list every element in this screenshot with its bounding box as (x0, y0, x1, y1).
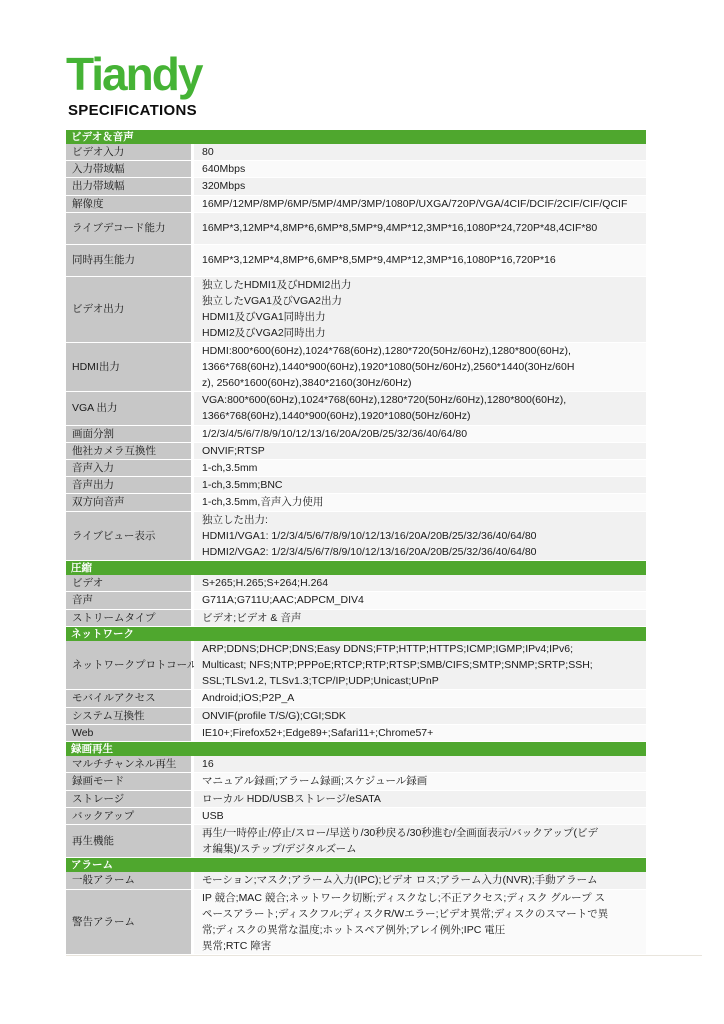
spec-value-text: 80 (202, 144, 214, 160)
spec-value: ONVIF;RTSP (194, 443, 646, 459)
spec-row: 音声出力1-ch,3.5mm;BNC (66, 477, 646, 494)
spec-row: マルチチャンネル再生16 (66, 756, 646, 773)
spec-value-text: ビデオ;ビデオ & 音声 (202, 610, 301, 626)
spec-label: モバイルアクセス (66, 690, 194, 706)
spec-label: ストリームタイプ (66, 610, 194, 626)
spec-label: 同時再生能力 (66, 245, 194, 276)
spec-label: HDMI出力 (66, 343, 194, 392)
spec-label: 画面分割 (66, 426, 194, 442)
spec-row: システム互換性ONVIF(profile T/S/G);CGI;SDK (66, 708, 646, 725)
spec-row: バックアップUSB (66, 808, 646, 825)
spec-value-text: 再生/一時停止/停止/スロー/早送り/30秒戻る/30秒進む/全画面表示/バック… (202, 825, 598, 857)
spec-table: ビデオ＆音声ビデオ入力80入力帯域幅640Mbps出力帯域幅320Mbps解像度… (66, 130, 646, 955)
spec-value: HDMI:800*600(60Hz),1024*768(60Hz),1280*7… (194, 343, 646, 392)
page-title: SPECIFICATIONS (68, 102, 724, 120)
spec-row: ビデオ出力独立したHDMI1及びHDMI2出力 独立したVGA1及びVGA2出力… (66, 277, 646, 343)
section-header: ネットワーク (66, 627, 646, 641)
spec-value: 再生/一時停止/停止/スロー/早送り/30秒戻る/30秒進む/全画面表示/バック… (194, 825, 646, 857)
spec-row: 他社カメラ互換性ONVIF;RTSP (66, 443, 646, 460)
spec-value-text: 1/2/3/4/5/6/7/8/9/10/12/13/16/20A/20B/25… (202, 426, 467, 442)
spec-value-text: ARP;DDNS;DHCP;DNS;Easy DDNS;FTP;HTTP;HTT… (202, 641, 593, 690)
spec-value-text: 640Mbps (202, 161, 245, 177)
section-header: アラーム (66, 858, 646, 872)
spec-value: Android;iOS;P2P_A (194, 690, 646, 706)
spec-label: システム互換性 (66, 708, 194, 724)
spec-row: ネットワークプロトコールARP;DDNS;DHCP;DNS;Easy DDNS;… (66, 641, 646, 691)
spec-value: モーション;マスク;アラーム入力(IPC);ビデオ ロス;アラーム入力(NVR)… (194, 872, 646, 888)
brand-logo: Tiandy (66, 54, 724, 94)
spec-label: 再生機能 (66, 825, 194, 857)
spec-value-text: 16MP*3,12MP*4,8MP*6,6MP*8,5MP*9,4MP*12,3… (202, 252, 556, 268)
spec-value-text: IP 競合;MAC 競合;ネットワーク切断;ディスクなし;不正アクセス;ディスク… (202, 890, 608, 955)
spec-row: モバイルアクセスAndroid;iOS;P2P_A (66, 690, 646, 707)
spec-row: VGA 出力VGA:800*600(60Hz),1024*768(60Hz),1… (66, 392, 646, 425)
spec-value-text: 独立した出力: HDMI1/VGA1: 1/2/3/4/5/6/7/8/9/10… (202, 512, 537, 561)
spec-label: 音声入力 (66, 460, 194, 476)
spec-row: 一般アラームモーション;マスク;アラーム入力(IPC);ビデオ ロス;アラーム入… (66, 872, 646, 889)
spec-value: 1-ch,3.5mm;BNC (194, 477, 646, 493)
spec-label: ストレージ (66, 791, 194, 807)
spec-value: 16MP/12MP/8MP/6MP/5MP/4MP/3MP/1080P/UXGA… (194, 196, 646, 212)
spec-row: 警告アラームIP 競合;MAC 競合;ネットワーク切断;ディスクなし;不正アクセ… (66, 890, 646, 956)
spec-row: ビデオ入力80 (66, 144, 646, 161)
section-header: 圧縮 (66, 561, 646, 575)
spec-label: VGA 出力 (66, 392, 194, 424)
spec-value: ビデオ;ビデオ & 音声 (194, 610, 646, 626)
spec-row: 音声入力1-ch,3.5mm (66, 460, 646, 477)
spec-label: 録画モード (66, 773, 194, 789)
spec-value: G711A;G711U;AAC;ADPCM_DIV4 (194, 592, 646, 608)
spec-label: 警告アラーム (66, 890, 194, 955)
spec-value-text: モーション;マスク;アラーム入力(IPC);ビデオ ロス;アラーム入力(NVR)… (202, 872, 598, 888)
spec-value-text: ローカル HDD/USBストレージ/eSATA (202, 791, 381, 807)
spec-label: 他社カメラ互換性 (66, 443, 194, 459)
spec-value-text: IE10+;Firefox52+;Edge89+;Safari11+;Chrom… (202, 725, 433, 741)
spec-value: VGA:800*600(60Hz),1024*768(60Hz),1280*72… (194, 392, 646, 424)
spec-row: 音声G711A;G711U;AAC;ADPCM_DIV4 (66, 592, 646, 609)
spec-row: ビデオS+265;H.265;S+264;H.264 (66, 575, 646, 592)
spec-label: 音声出力 (66, 477, 194, 493)
spec-label: ビデオ出力 (66, 277, 194, 342)
spec-row: 入力帯域幅640Mbps (66, 161, 646, 178)
spec-row: HDMI出力HDMI:800*600(60Hz),1024*768(60Hz),… (66, 343, 646, 393)
spec-label: 音声 (66, 592, 194, 608)
spec-value-text: 320Mbps (202, 178, 245, 194)
spec-value: 1/2/3/4/5/6/7/8/9/10/12/13/16/20A/20B/25… (194, 426, 646, 442)
spec-label: ライブビュー表示 (66, 512, 194, 561)
spec-value-text: マニュアル録画;アラーム録画;スケジュール録画 (202, 773, 427, 789)
spec-value: ローカル HDD/USBストレージ/eSATA (194, 791, 646, 807)
spec-row: ストレージローカル HDD/USBストレージ/eSATA (66, 791, 646, 808)
spec-label: ネットワークプロトコール (66, 641, 194, 690)
spec-label: 入力帯域幅 (66, 161, 194, 177)
spec-label: 双方向音声 (66, 494, 194, 510)
spec-value: IP 競合;MAC 競合;ネットワーク切断;ディスクなし;不正アクセス;ディスク… (194, 890, 646, 955)
bottom-rule (66, 955, 702, 956)
spec-value: 16MP*3,12MP*4,8MP*6,6MP*8,5MP*9,4MP*12,3… (194, 245, 646, 276)
spec-row: 出力帯域幅320Mbps (66, 178, 646, 195)
spec-row: 画面分割1/2/3/4/5/6/7/8/9/10/12/13/16/20A/20… (66, 426, 646, 443)
spec-row: 再生機能再生/一時停止/停止/スロー/早送り/30秒戻る/30秒進む/全画面表示… (66, 825, 646, 858)
spec-value-text: G711A;G711U;AAC;ADPCM_DIV4 (202, 592, 364, 608)
spec-value: S+265;H.265;S+264;H.264 (194, 575, 646, 591)
spec-value-text: HDMI:800*600(60Hz),1024*768(60Hz),1280*7… (202, 343, 574, 392)
spec-value: 640Mbps (194, 161, 646, 177)
spec-value: 80 (194, 144, 646, 160)
spec-label: Web (66, 725, 194, 741)
section-header: 録画再生 (66, 742, 646, 756)
spec-value: 1-ch,3.5mm (194, 460, 646, 476)
spec-value-text: 1-ch,3.5mm;BNC (202, 477, 283, 493)
spec-value-text: ONVIF;RTSP (202, 443, 265, 459)
spec-label: ビデオ入力 (66, 144, 194, 160)
spec-value: USB (194, 808, 646, 824)
spec-value: マニュアル録画;アラーム録画;スケジュール録画 (194, 773, 646, 789)
spec-row: 解像度16MP/12MP/8MP/6MP/5MP/4MP/3MP/1080P/U… (66, 196, 646, 213)
spec-value-text: 1-ch,3.5mm (202, 460, 257, 476)
spec-value: 16 (194, 756, 646, 772)
spec-value-text: 16 (202, 756, 214, 772)
spec-value-text: Android;iOS;P2P_A (202, 690, 294, 706)
spec-label: バックアップ (66, 808, 194, 824)
spec-label: マルチチャンネル再生 (66, 756, 194, 772)
spec-value-text: VGA:800*600(60Hz),1024*768(60Hz),1280*72… (202, 392, 566, 424)
spec-value: ONVIF(profile T/S/G);CGI;SDK (194, 708, 646, 724)
spec-label: 解像度 (66, 196, 194, 212)
spec-label: 出力帯域幅 (66, 178, 194, 194)
spec-row: 双方向音声1-ch,3.5mm,音声入力使用 (66, 494, 646, 511)
spec-value-text: 独立したHDMI1及びHDMI2出力 独立したVGA1及びVGA2出力 HDMI… (202, 277, 351, 342)
spec-value-text: ONVIF(profile T/S/G);CGI;SDK (202, 708, 346, 724)
spec-value-text: S+265;H.265;S+264;H.264 (202, 575, 328, 591)
spec-value-text: USB (202, 808, 224, 824)
spec-value: IE10+;Firefox52+;Edge89+;Safari11+;Chrom… (194, 725, 646, 741)
spec-value-text: 16MP/12MP/8MP/6MP/5MP/4MP/3MP/1080P/UXGA… (202, 196, 627, 212)
spec-label: 一般アラーム (66, 872, 194, 888)
spec-label: ライブデコード能力 (66, 213, 194, 244)
spec-row: WebIE10+;Firefox52+;Edge89+;Safari11+;Ch… (66, 725, 646, 742)
spec-value-text: 16MP*3,12MP*4,8MP*6,6MP*8,5MP*9,4MP*12,3… (202, 220, 597, 236)
spec-row: 同時再生能力16MP*3,12MP*4,8MP*6,6MP*8,5MP*9,4M… (66, 245, 646, 277)
spec-value-text: 1-ch,3.5mm,音声入力使用 (202, 494, 323, 510)
spec-row: ライブビュー表示独立した出力: HDMI1/VGA1: 1/2/3/4/5/6/… (66, 512, 646, 562)
spec-row: ライブデコード能力16MP*3,12MP*4,8MP*6,6MP*8,5MP*9… (66, 213, 646, 245)
section-header: ビデオ＆音声 (66, 130, 646, 144)
spec-row: ストリームタイプビデオ;ビデオ & 音声 (66, 610, 646, 627)
spec-page: Tiandy SPECIFICATIONS ビデオ＆音声ビデオ入力80入力帯域幅… (0, 0, 724, 956)
spec-value: 独立したHDMI1及びHDMI2出力 独立したVGA1及びVGA2出力 HDMI… (194, 277, 646, 342)
spec-value: 1-ch,3.5mm,音声入力使用 (194, 494, 646, 510)
spec-row: 録画モードマニュアル録画;アラーム録画;スケジュール録画 (66, 773, 646, 790)
spec-value: 320Mbps (194, 178, 646, 194)
spec-value: 独立した出力: HDMI1/VGA1: 1/2/3/4/5/6/7/8/9/10… (194, 512, 646, 561)
spec-value: ARP;DDNS;DHCP;DNS;Easy DDNS;FTP;HTTP;HTT… (194, 641, 646, 690)
spec-value: 16MP*3,12MP*4,8MP*6,6MP*8,5MP*9,4MP*12,3… (194, 213, 646, 244)
spec-label: ビデオ (66, 575, 194, 591)
